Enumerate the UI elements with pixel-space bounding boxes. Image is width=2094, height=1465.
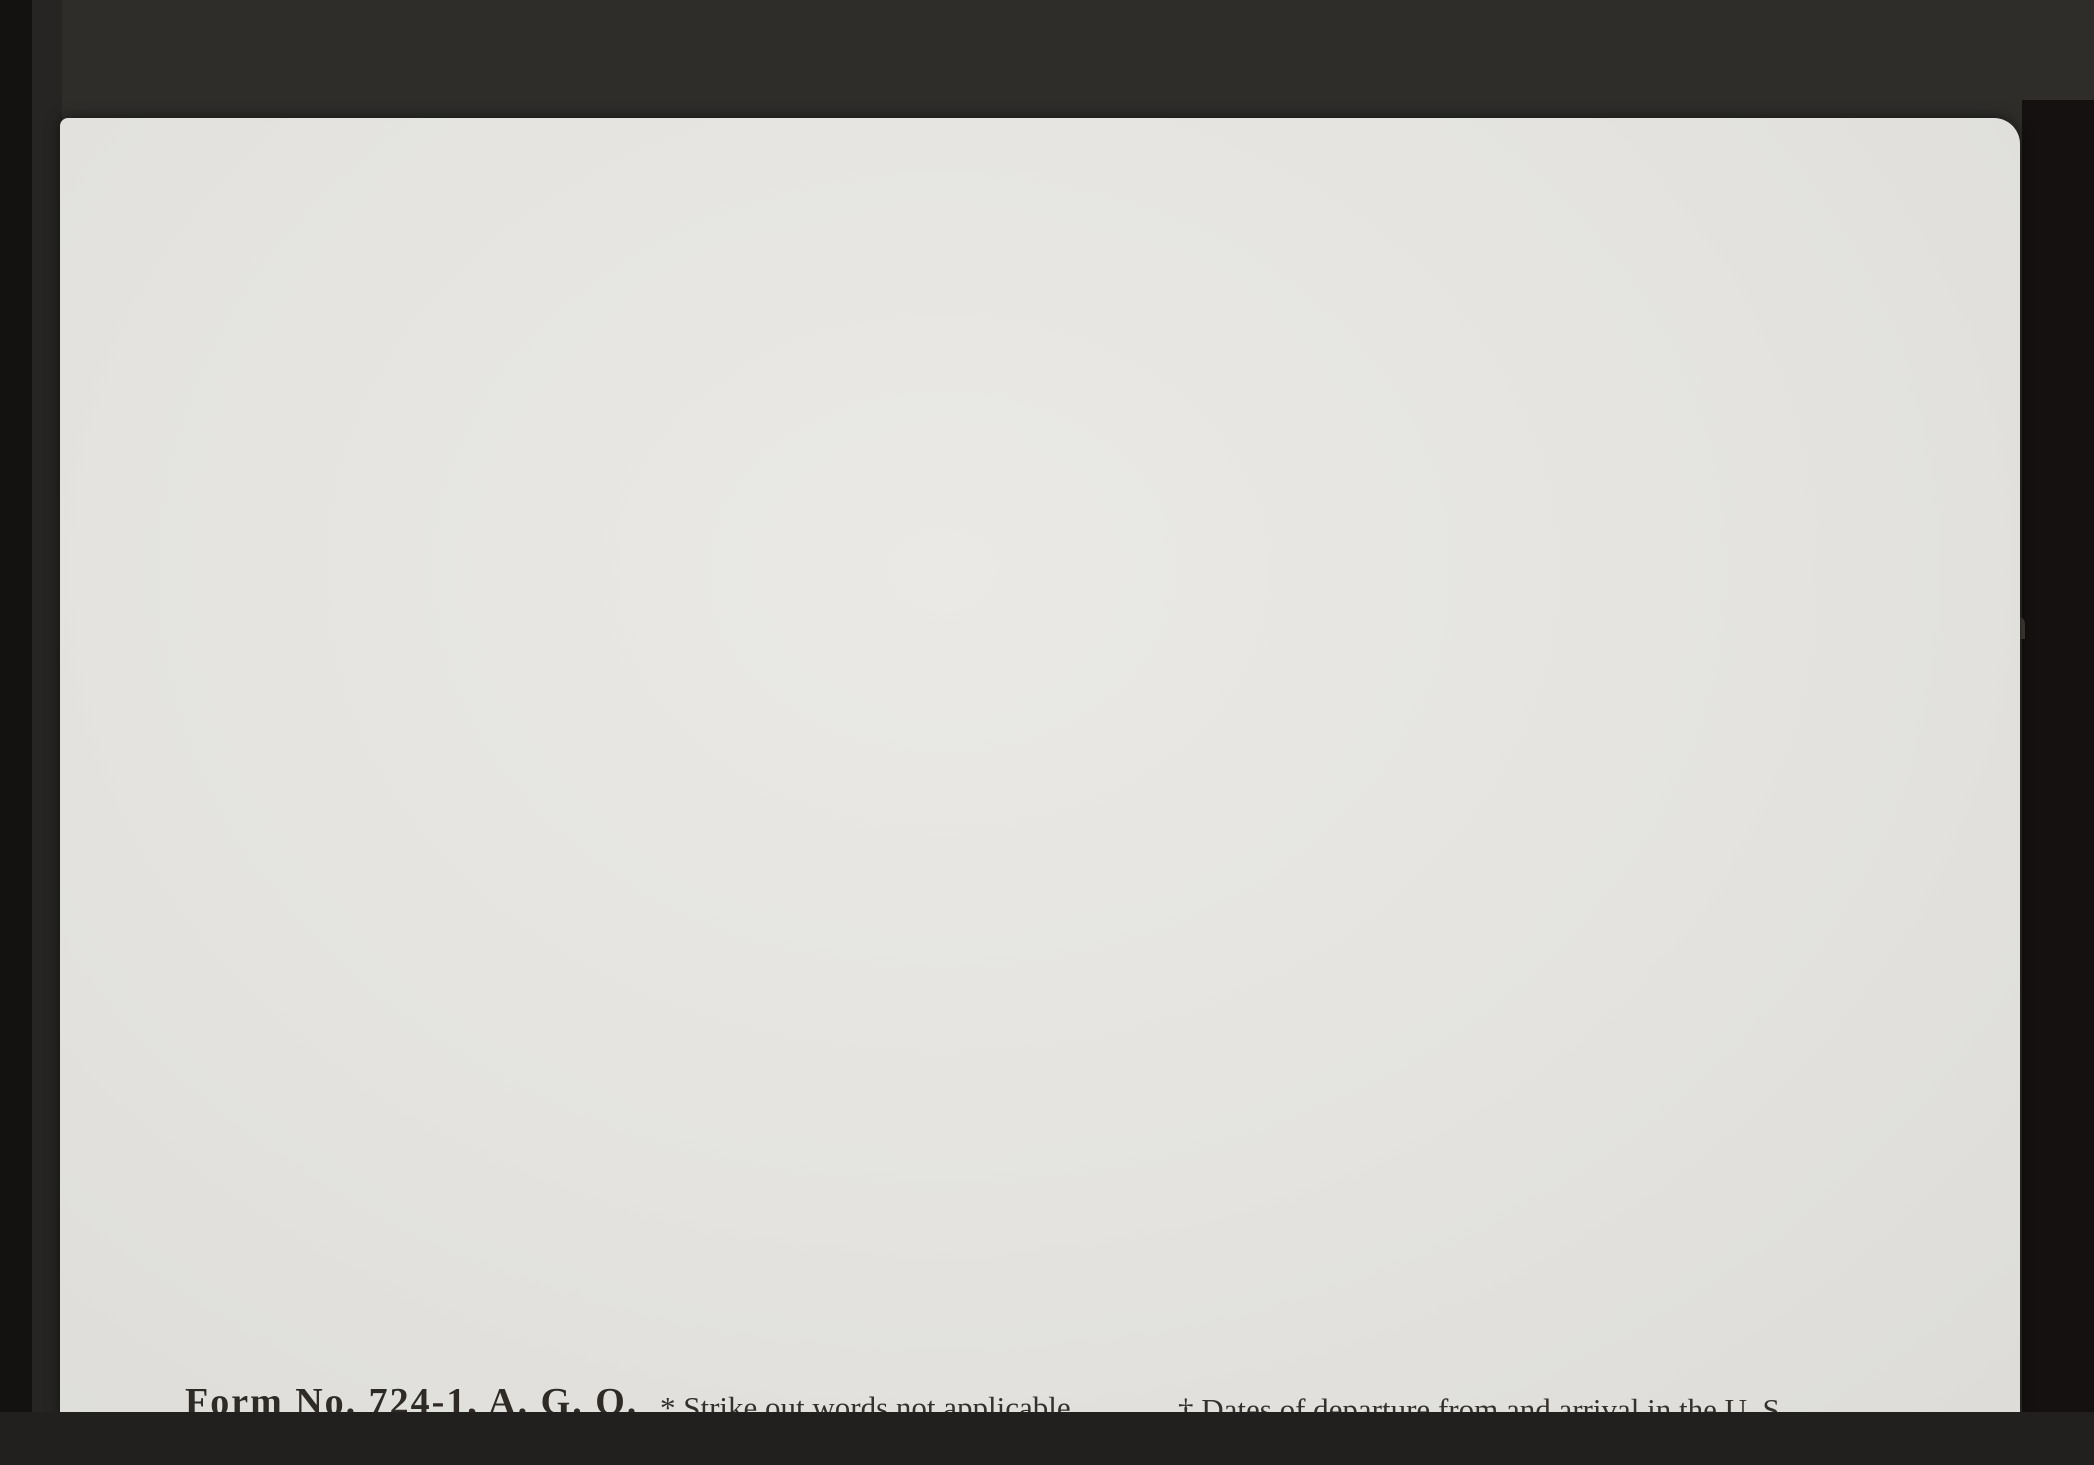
scan-border-right — [2022, 100, 2094, 1465]
service-record-card — [60, 118, 2020, 1412]
scan-border-bottom — [0, 1412, 2094, 1465]
scan-border-left — [0, 0, 32, 1465]
scan-border-left-inner — [32, 0, 62, 1465]
scanned-service-card-page: { "page": { "number": "1" }, "header": {… — [0, 0, 2094, 1465]
